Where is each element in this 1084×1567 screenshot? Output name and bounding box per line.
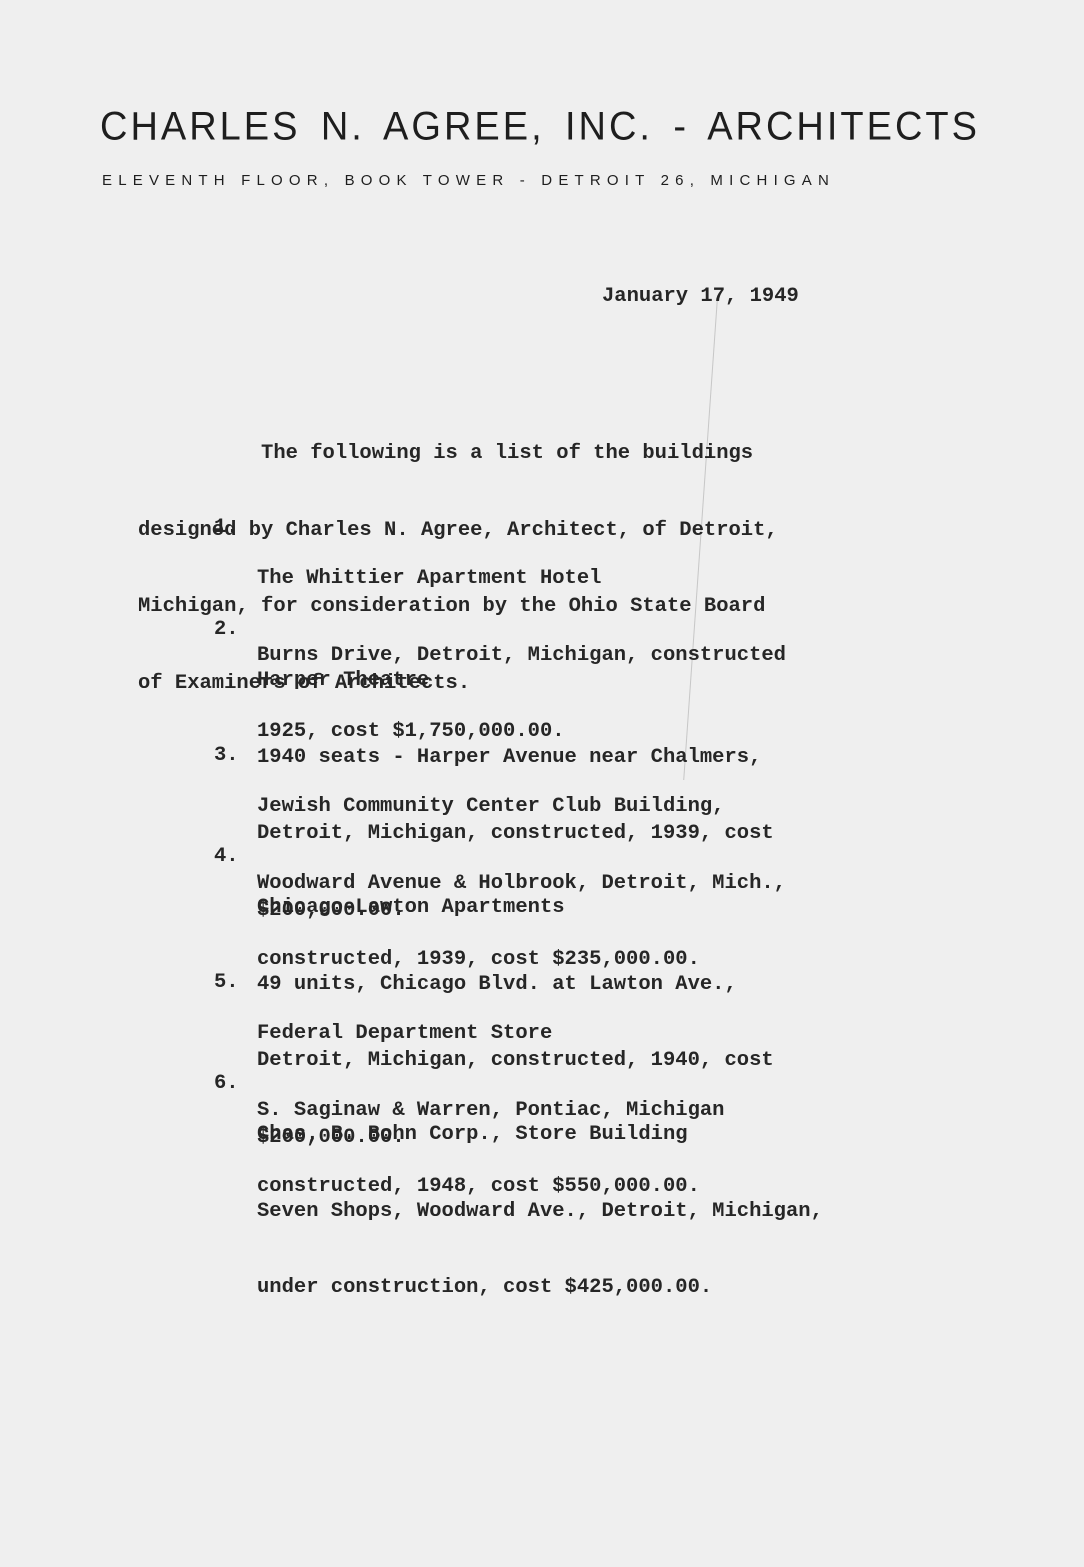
- letterhead-title: CHARLES N. AGREE, INC. - ARCHITECTS: [100, 105, 980, 150]
- building-item-1: 1. The Whittier Apartment Hotel Burns Dr…: [214, 515, 263, 617]
- item-number: 3.: [214, 743, 239, 769]
- item-number: 2.: [214, 617, 239, 643]
- building-name: Federal Department Store: [257, 1021, 724, 1047]
- building-item-5: 5. Federal Department Store S. Saginaw &…: [214, 970, 263, 1072]
- letterhead-address: ELEVENTH FLOOR, BOOK TOWER - DETROIT 26,…: [102, 172, 978, 189]
- building-item-6: 6. Chas. B. Bohn Corp., Store Building S…: [214, 1071, 263, 1173]
- building-item-2: 2. Harper Theatre 1940 seats - Harper Av…: [214, 617, 263, 719]
- letter-page: CHARLES N. AGREE, INC. - ARCHITECTS ELEV…: [0, 0, 1084, 1567]
- item-number: 1.: [214, 515, 239, 541]
- building-name: Chas. B. Bohn Corp., Store Building: [257, 1122, 823, 1148]
- letter-date: January 17, 1949: [602, 284, 799, 310]
- intro-line: The following is a list of the buildings: [138, 441, 778, 467]
- building-name: Chicago-Lawton Apartments: [257, 895, 774, 921]
- building-detail: Seven Shops, Woodward Ave., Detroit, Mic…: [257, 1199, 823, 1225]
- building-name: The Whittier Apartment Hotel: [257, 566, 786, 592]
- item-number: 4.: [214, 844, 239, 870]
- item-number: 6.: [214, 1071, 239, 1097]
- building-name: Harper Theatre: [257, 668, 774, 694]
- building-name: Jewish Community Center Club Building,: [257, 794, 786, 820]
- building-item-3: 3. Jewish Community Center Club Building…: [214, 743, 263, 845]
- building-detail: under construction, cost $425,000.00.: [257, 1275, 823, 1301]
- item-number: 5.: [214, 970, 239, 996]
- building-item-4: 4. Chicago-Lawton Apartments 49 units, C…: [214, 844, 263, 946]
